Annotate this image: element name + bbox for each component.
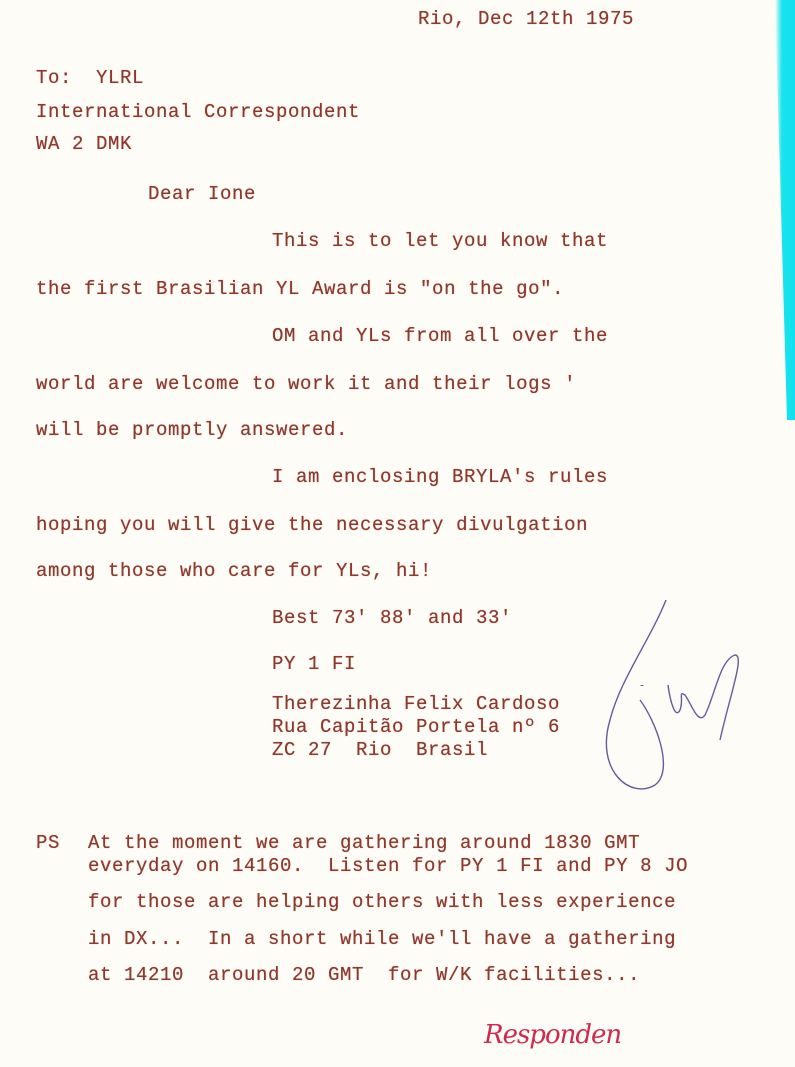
salutation: Dear Ione xyxy=(148,183,256,205)
body-line: will be promptly answered. xyxy=(36,419,348,441)
handwritten-note: Responden xyxy=(484,1020,621,1050)
sender-callsign: PY 1 FI xyxy=(272,653,356,675)
letter-date: Rio, Dec 12th 1975 xyxy=(418,8,634,30)
ps-label: PS xyxy=(36,832,60,854)
recipient-title: International Correspondent xyxy=(36,101,360,123)
sender-name: Therezinha Felix Cardoso xyxy=(272,693,560,715)
closing: Best 73' 88' and 33' xyxy=(272,607,512,629)
handwritten-signature xyxy=(580,600,760,800)
ps-line: at 14210 around 20 GMT for W/K facilitie… xyxy=(88,964,640,986)
body-line: hoping you will give the necessary divul… xyxy=(36,514,588,536)
ps-line: At the moment we are gathering around 18… xyxy=(88,832,640,854)
sender-city: ZC 27 Rio Brasil xyxy=(272,739,488,761)
ps-line: for those are helping others with less e… xyxy=(88,891,676,913)
body-line: This is to let you know that xyxy=(272,230,608,252)
recipient-to: To: YLRL xyxy=(36,67,144,89)
sender-street: Rua Capitão Portela nº 6 xyxy=(272,716,560,738)
recipient-callsign: WA 2 DMK xyxy=(36,133,132,155)
body-line: OM and YLs from all over the xyxy=(272,325,608,347)
ps-line: everyday on 14160. Listen for PY 1 FI an… xyxy=(88,855,688,877)
ps-line: in DX... In a short while we'll have a g… xyxy=(88,928,676,950)
body-line: world are welcome to work it and their l… xyxy=(36,373,576,395)
body-line: I am enclosing BRYLA's rules xyxy=(272,466,608,488)
body-line: among those who care for YLs, hi! xyxy=(36,560,432,582)
letter-page: Rio, Dec 12th 1975 To: YLRL Internationa… xyxy=(0,0,795,1067)
body-line: the first Brasilian YL Award is "on the … xyxy=(36,278,564,300)
